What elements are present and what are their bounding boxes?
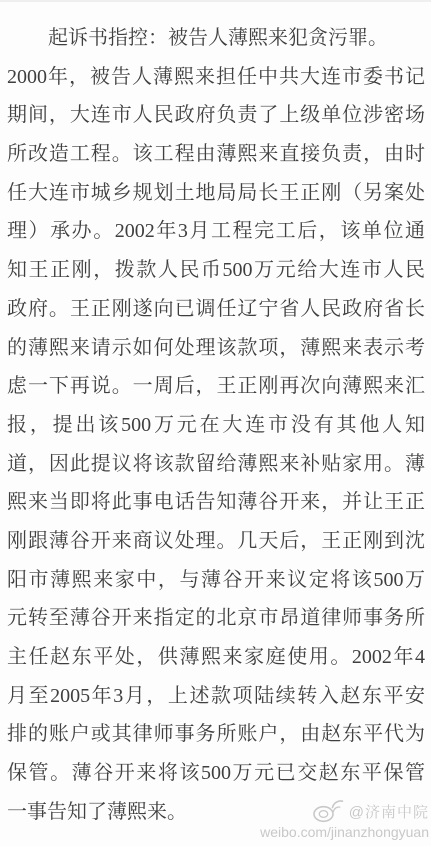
- text-line: 理）承办。2002年3月工程完工后，该单位通: [7, 212, 425, 251]
- text-line: 期间，大连市人民政府负责了上级单位涉密场: [7, 96, 425, 135]
- document-text: 起诉书指控：被告人薄熙来犯贪污罪。2000年，被告人薄熙来担任中共大连市委书记期…: [7, 19, 425, 831]
- text-line: 政府。王正刚遂向已调任辽宁省人民政府省长: [7, 290, 425, 329]
- text-line: 起诉书指控：被告人薄熙来犯贪污罪。: [7, 19, 425, 58]
- text-line: 刚跟薄谷开来商议处理。几天后，王正刚到沈: [7, 522, 425, 561]
- text-line: 任大连市城乡规划土地局局长王正刚（另案处: [7, 174, 425, 213]
- text-line: 的薄熙来请示如何处理该款项，薄熙来表示考: [7, 329, 425, 368]
- watermark-account-handle: @济南中院: [349, 805, 429, 823]
- watermark-url: weibo.com/jinanzhongyuan: [260, 823, 429, 841]
- text-line: 阳市薄熙来家中，与薄谷开来议定将该500万: [7, 561, 425, 600]
- scan-top-edge: [0, 0, 431, 2]
- text-line: 主任赵东平处，供薄熙来家庭使用。2002年4: [7, 638, 425, 677]
- text-line: 排的账户或其律师事务所账户，由赵东平代为: [7, 715, 425, 754]
- text-line: 保管。薄谷开来将该500万元已交赵东平保管: [7, 754, 425, 793]
- weibo-logo-icon: [312, 798, 344, 823]
- text-line: 熙来当即将此事电话告知薄谷开来，并让王正: [7, 483, 425, 522]
- text-line: 2000年，被告人薄熙来担任中共大连市委书记: [7, 58, 425, 97]
- text-line: 报，提出该500万元在大连市没有其他人知: [7, 406, 425, 445]
- watermark-handle-row: @济南中院: [260, 797, 429, 823]
- text-line: 月至2005年3月，上述款项陆续转入赵东平安: [7, 677, 425, 716]
- weibo-watermark: @济南中院 weibo.com/jinanzhongyuan: [260, 797, 429, 841]
- text-line: 道，因此提议将该款留给薄熙来补贴家用。薄: [7, 445, 425, 484]
- text-line: 所改造工程。该工程由薄熙来直接负责，由时: [7, 135, 425, 174]
- scanned-document-page: 起诉书指控：被告人薄熙来犯贪污罪。2000年，被告人薄熙来担任中共大连市委书记期…: [0, 0, 431, 846]
- text-line: 虑一下再说。一周后，王正刚再次向薄熙来汇: [7, 367, 425, 406]
- text-line: 知王正刚，拨款人民币500万元给大连市人民: [7, 251, 425, 290]
- text-line: 元转至薄谷开来指定的北京市昂道律师事务所: [7, 599, 425, 638]
